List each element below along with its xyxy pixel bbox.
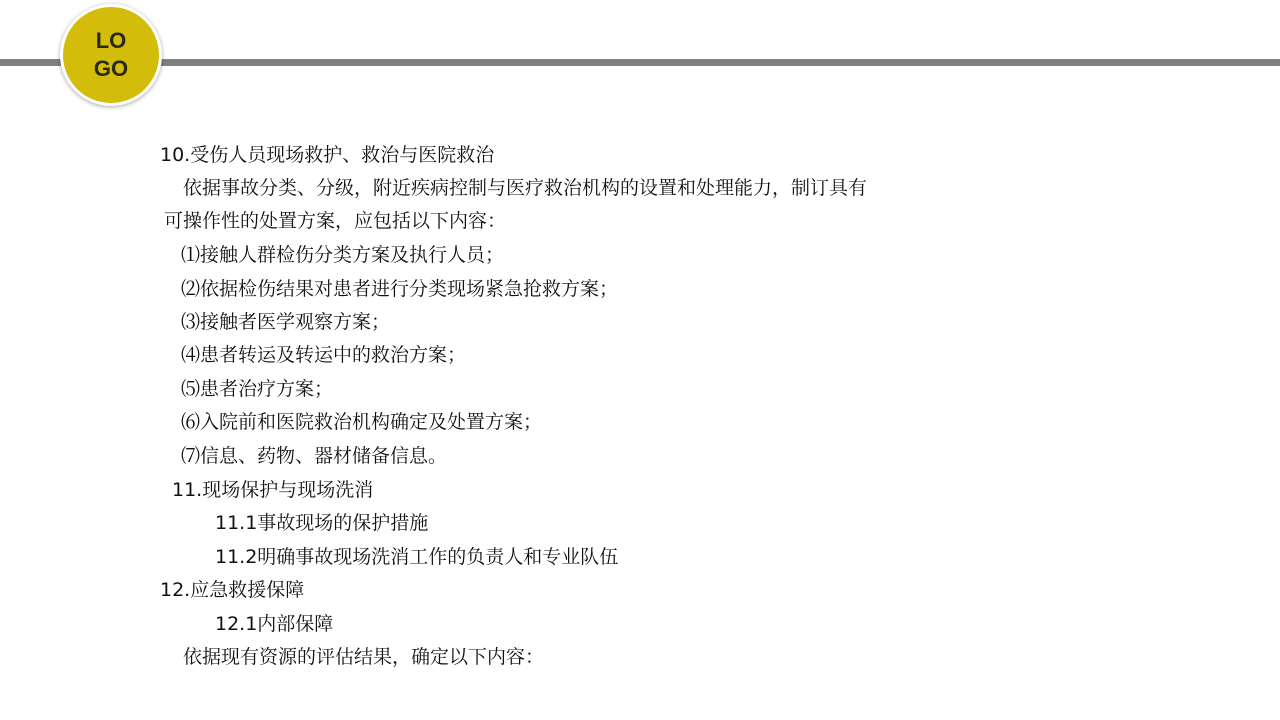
list-item: ⑹入院前和医院救治机构确定及处置方案；	[181, 410, 542, 434]
list-item: ⑴接触人群检伤分类方案及执行人员；	[181, 243, 504, 267]
section-heading-12: 12.应急救援保障	[160, 578, 304, 602]
paragraph-line: 可操作性的处置方案，应包括以下内容：	[164, 209, 506, 233]
subsection-heading-11-2: 11.2明确事故现场洗消工作的负责人和专业队伍	[215, 545, 618, 569]
list-item: ⑺信息、药物、器材储备信息。	[181, 444, 447, 468]
logo-text-line1: LO	[96, 27, 127, 55]
section-heading-10: 10.受伤人员现场救护、救治与医院救治	[160, 143, 494, 167]
list-item: ⑷患者转运及转运中的救治方案；	[181, 343, 466, 367]
subsection-heading-12-1: 12.1内部保障	[215, 612, 333, 636]
list-item: ⑶接触者医学观察方案；	[181, 310, 390, 334]
section-heading-11: 11.现场保护与现场洗消	[172, 478, 373, 502]
header-divider-bar	[0, 59, 1280, 66]
list-item: ⑵依据检伤结果对患者进行分类现场紧急抢救方案；	[181, 277, 618, 301]
list-item: ⑸患者治疗方案；	[181, 377, 333, 401]
logo: LO GO	[60, 4, 162, 106]
subsection-heading-11-1: 11.1事故现场的保护措施	[215, 511, 428, 535]
paragraph-line: 依据现有资源的评估结果，确定以下内容：	[183, 645, 544, 669]
paragraph-line: 依据事故分类、分级，附近疾病控制与医疗救治机构的设置和处理能力，制订具有	[183, 176, 867, 200]
logo-text-line2: GO	[94, 55, 128, 83]
